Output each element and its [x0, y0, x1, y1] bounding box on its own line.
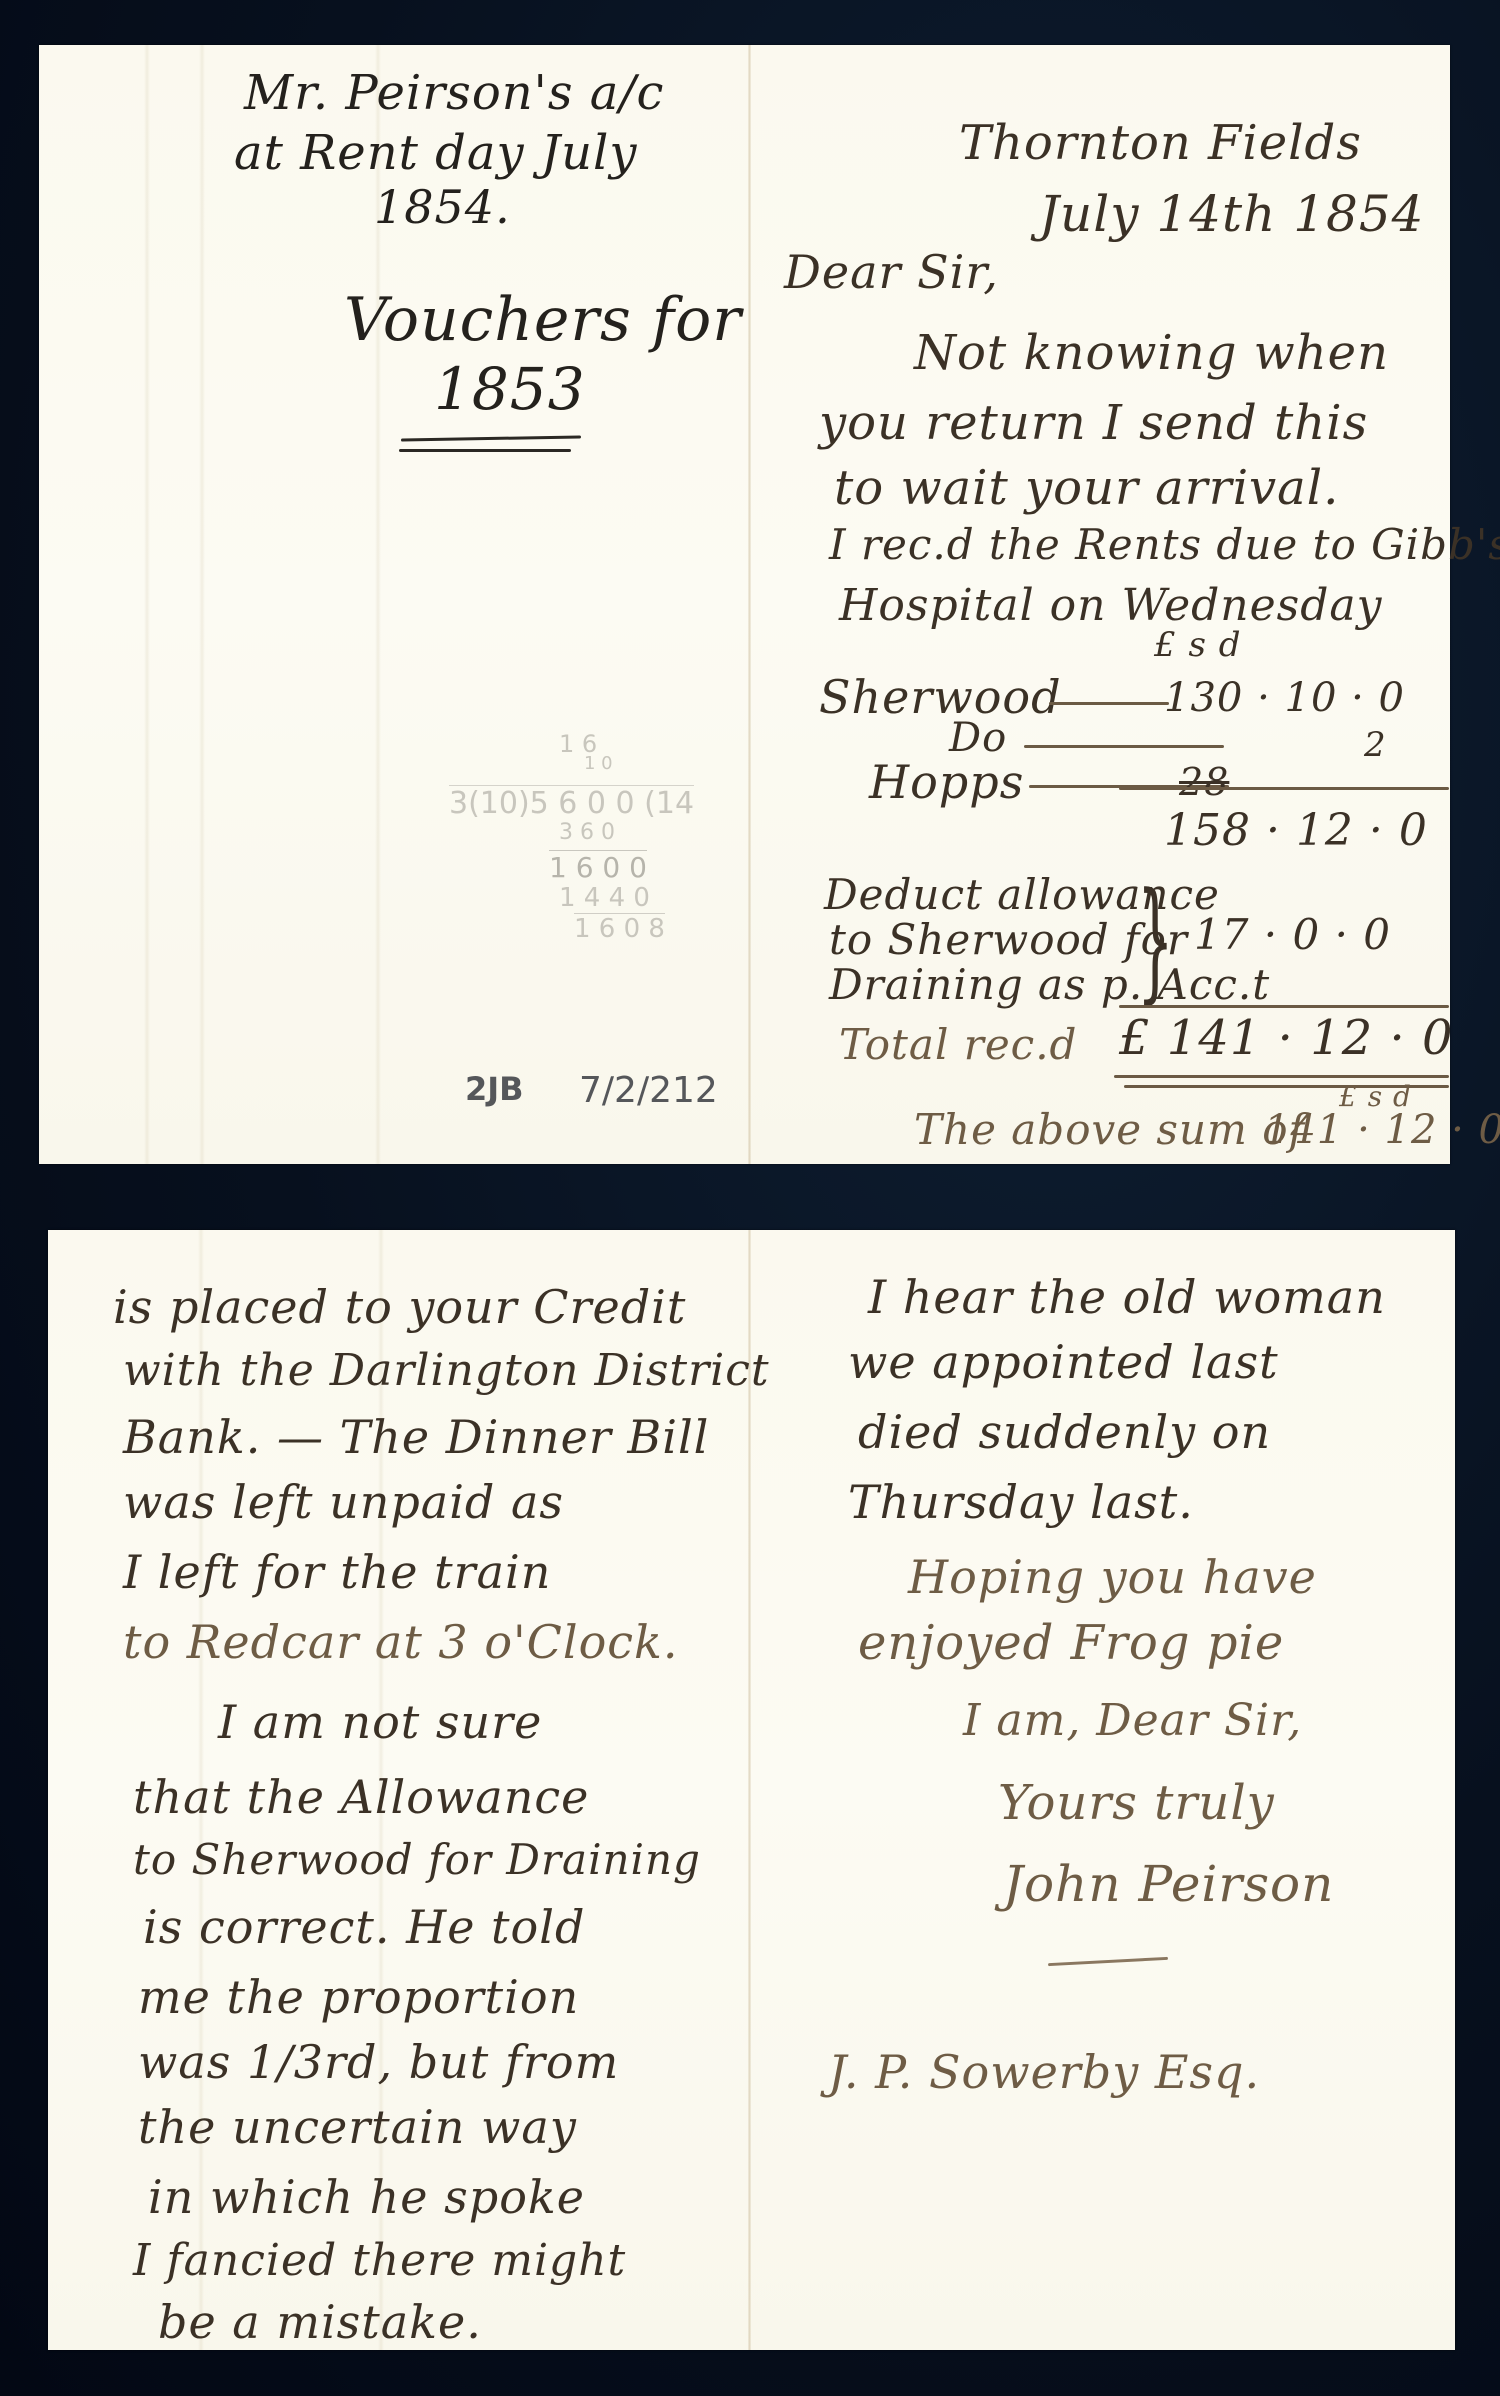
total-double-rule — [1114, 1075, 1449, 1078]
body-line: me the proportion — [138, 1970, 579, 2024]
center-fold-line — [748, 45, 751, 1164]
item-label: Hopps — [869, 755, 1024, 809]
body-line: enjoyed Frog pie — [858, 1615, 1284, 1671]
body-line: Thursday last. — [848, 1475, 1194, 1529]
body-line: I hear the old woman — [868, 1270, 1386, 1324]
docket-underline — [401, 435, 581, 441]
letter-sheet-1: Mr. Peirson's a/c at Rent day July 1854.… — [39, 45, 1450, 1164]
body-line: died suddenly on — [858, 1405, 1271, 1459]
body-line: that the Allowance — [133, 1770, 589, 1824]
body-line: I fancied there might — [133, 2235, 626, 2286]
body-line: with the Darlington District — [123, 1345, 770, 1396]
body-line: I left for the train — [123, 1545, 551, 1599]
total-label: Total rec.d — [839, 1020, 1077, 1069]
signature-flourish — [1048, 1957, 1168, 1966]
archive-code: 2JB — [465, 1070, 524, 1108]
body-line: we appointed last — [848, 1335, 1279, 1389]
docket-year: 1853 — [434, 355, 586, 423]
leader-line — [1024, 745, 1224, 748]
fold-crease — [199, 45, 205, 1164]
body-line: be a mistake. — [158, 2295, 482, 2349]
body-line: to Redcar at 3 o'Clock. — [123, 1615, 679, 1669]
body-line: Hospital on Wednesday — [839, 580, 1383, 631]
center-fold-line — [748, 1230, 751, 2350]
complimentary-close: I am, Dear Sir, — [963, 1695, 1302, 1746]
total-amount: £ 141 · 12 · 0 — [1119, 1010, 1454, 1066]
letter-date: July 14th 1854 — [1039, 185, 1424, 243]
body-line: you return I send this — [819, 395, 1368, 451]
letter-salutation: Dear Sir, — [784, 245, 999, 299]
closing-amount: 141 · 12 · 0 — [1264, 1107, 1500, 1153]
subtotal-amount: 158 · 12 · 0 — [1164, 805, 1428, 856]
leader-line — [1049, 702, 1169, 705]
docket-title: Vouchers for — [344, 285, 742, 355]
item-amount: 28 — [1179, 760, 1229, 804]
body-line: Bank. — The Dinner Bill — [123, 1410, 709, 1464]
deduction-label-2: to Sherwood for — [829, 915, 1188, 964]
docket-underline — [399, 449, 571, 452]
body-line: to Sherwood for Draining — [133, 1835, 701, 1884]
body-line: I am not sure — [218, 1695, 542, 1749]
signature: John Peirson — [1003, 1855, 1334, 1913]
body-line: was 1/3rd, but from — [138, 2035, 619, 2089]
item-label: Sherwood — [819, 670, 1062, 724]
archive-number: 7/2/212 — [579, 1070, 718, 1111]
sum-rule — [1119, 787, 1449, 790]
deduction-label-3: Draining as p. Acc.t — [829, 960, 1270, 1009]
body-line: Hoping you have — [908, 1550, 1317, 1604]
docket-line-3: 1854. — [374, 180, 511, 234]
body-line: is placed to your Credit — [113, 1280, 686, 1334]
item-amount: 2 — [1364, 725, 1387, 765]
deduction-amount: 17 · 0 · 0 — [1194, 910, 1391, 959]
body-line: Not knowing when — [914, 325, 1389, 381]
currency-header: £ s d — [1154, 625, 1241, 665]
closing-text: The above sum of — [914, 1105, 1305, 1154]
body-line: I rec.d the Rents due to Gibb's — [829, 520, 1500, 569]
body-line: was left unpaid as — [123, 1475, 564, 1529]
addressee: J. P. Sowerby Esq. — [828, 2045, 1260, 2099]
yours-truly: Yours truly — [998, 1775, 1275, 1831]
docket-line-2: at Rent day July — [234, 125, 638, 181]
docket-line-1: Mr. Peirson's a/c — [244, 65, 664, 121]
sum-rule — [1119, 1005, 1449, 1008]
letter-sheet-2: is placed to your Credit with the Darlin… — [48, 1230, 1455, 2350]
body-line: to wait your arrival. — [834, 460, 1339, 516]
letter-place: Thornton Fields — [959, 115, 1362, 171]
body-line: is correct. He told — [143, 1900, 585, 1954]
brace-icon: } — [1137, 875, 1174, 1005]
item-amount: 130 · 10 · 0 — [1164, 675, 1405, 721]
body-line: in which he spoke — [148, 2170, 585, 2224]
fold-crease — [144, 45, 150, 1164]
body-line: the uncertain way — [138, 2100, 577, 2154]
